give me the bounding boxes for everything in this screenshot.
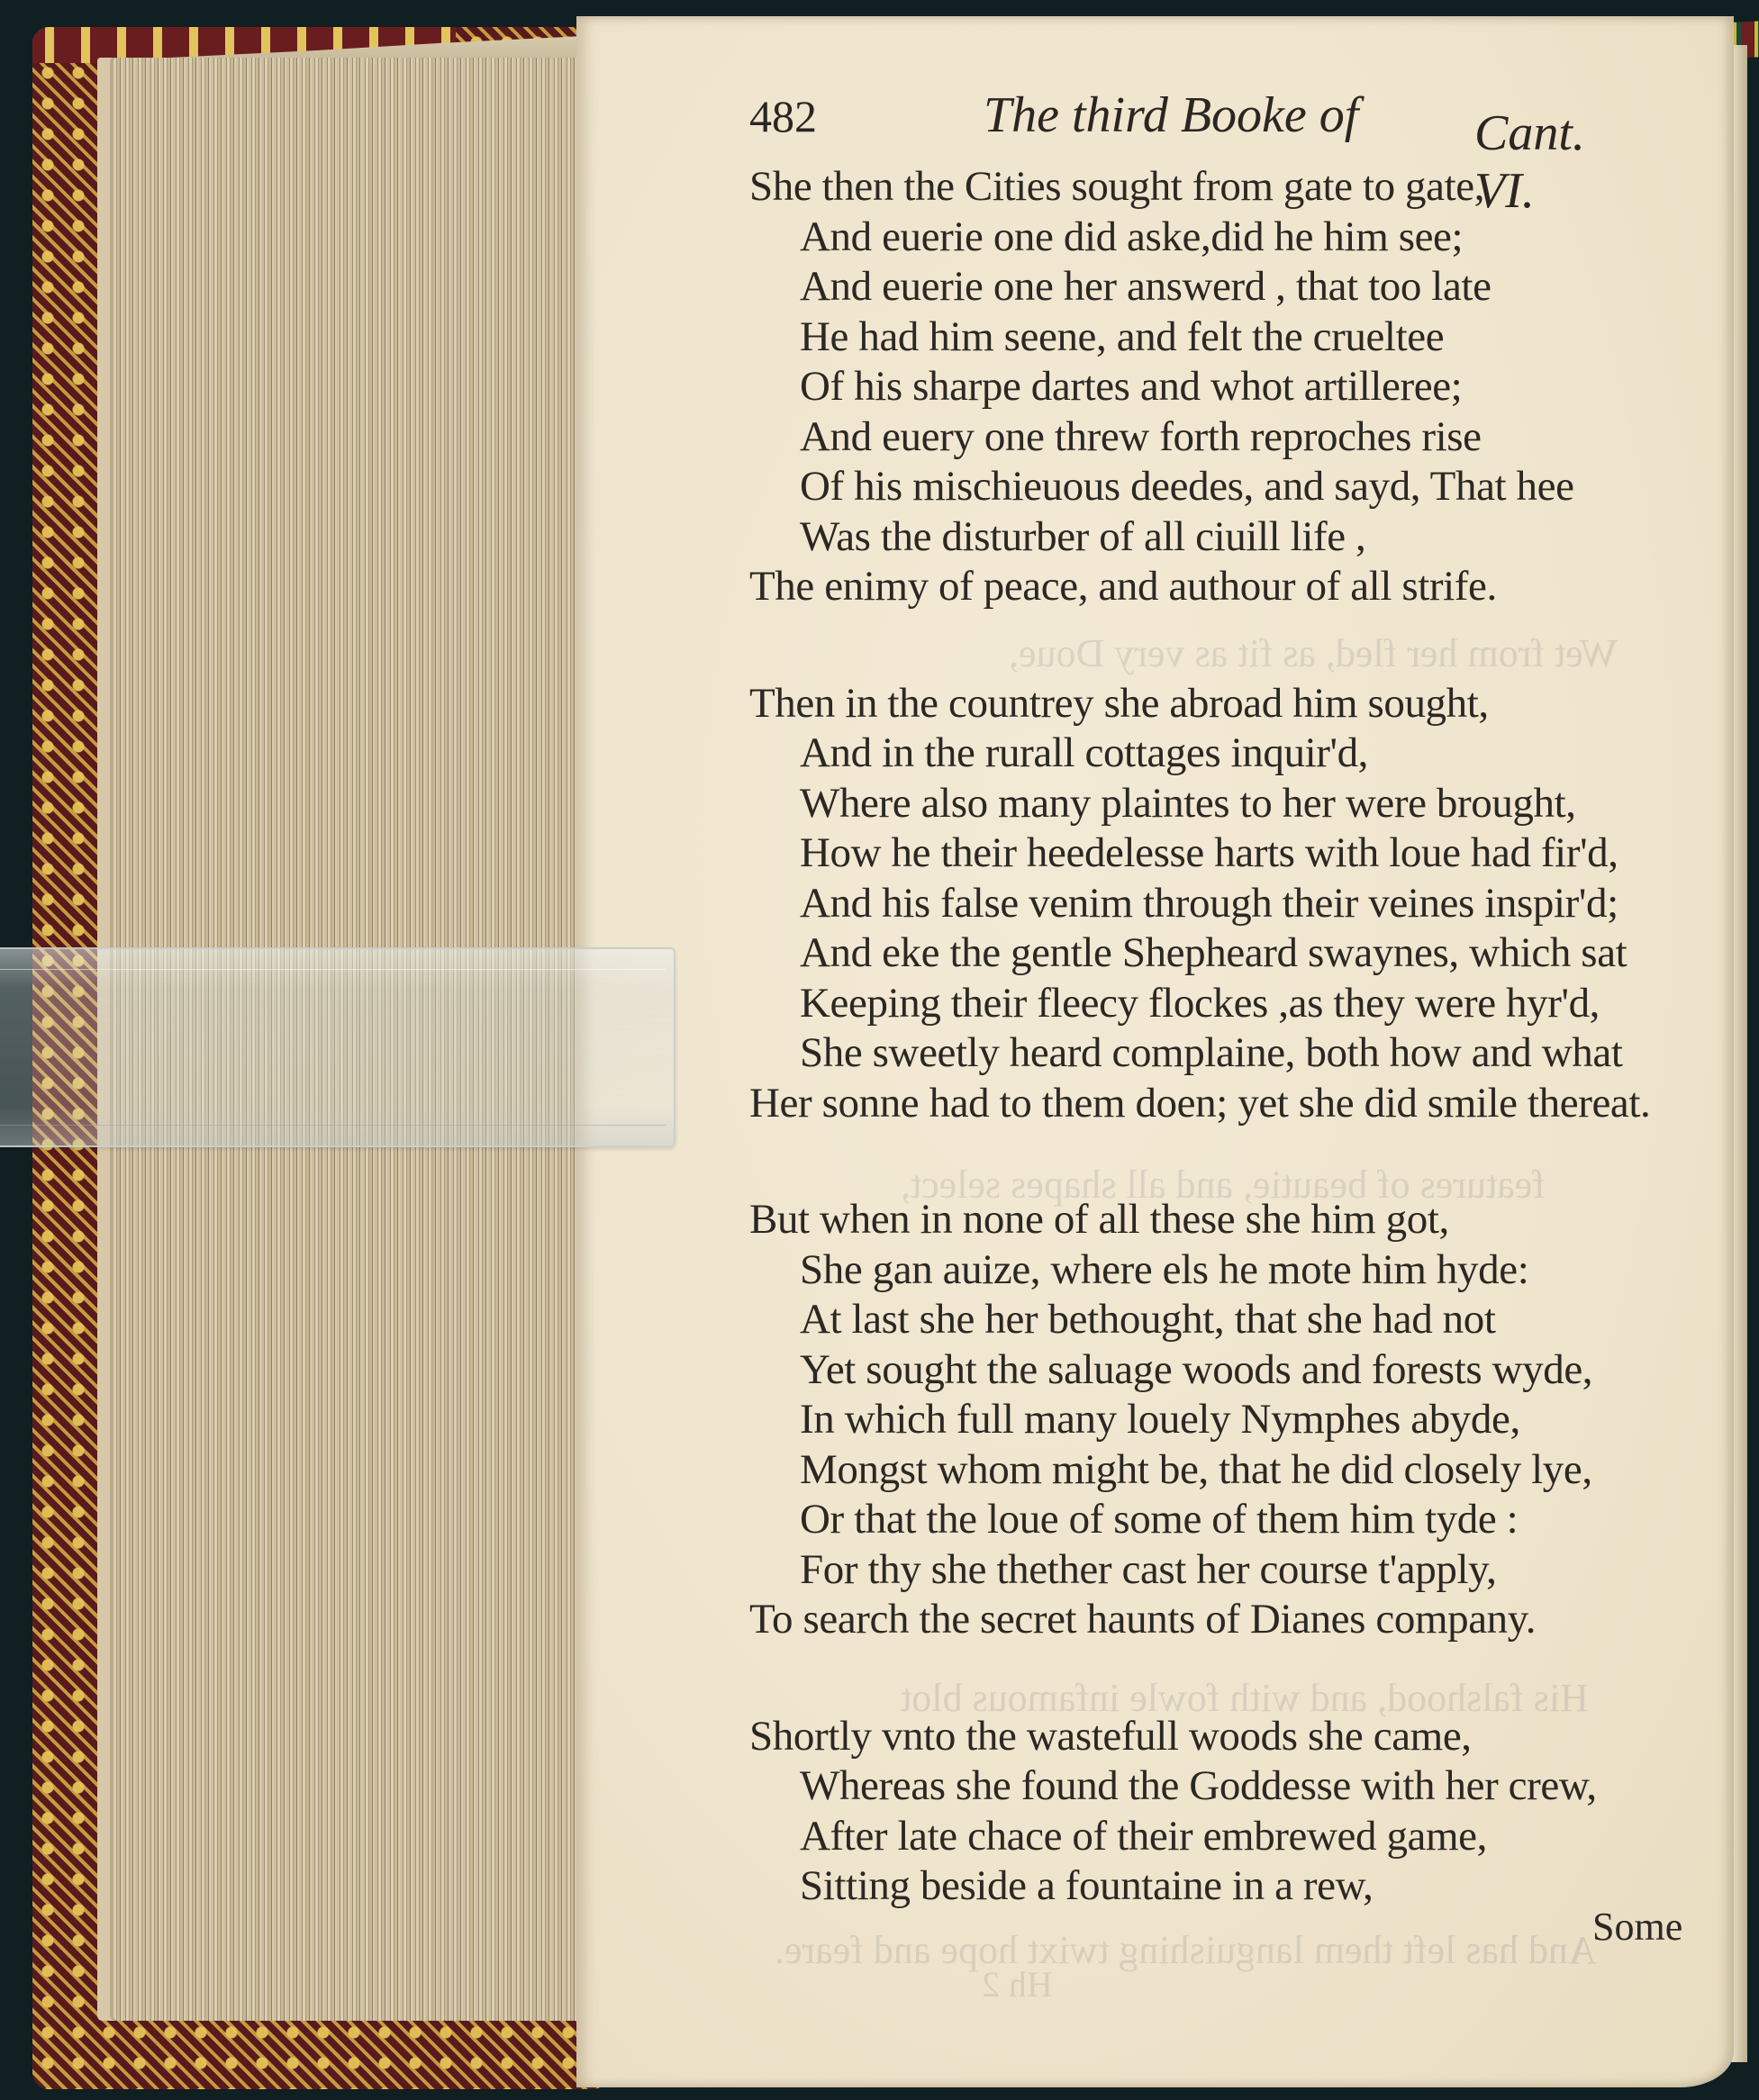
verse-line: Was the disturber of all ciuill life ,: [749, 512, 1722, 563]
verse-line: At last she her bethought, that she had …: [749, 1295, 1722, 1345]
verse-line: And eke the gentle Shepheard swaynes, wh…: [749, 928, 1722, 979]
verse-line: But when in none of all these she him go…: [749, 1195, 1722, 1245]
verse-line: She sweetly heard complaine, both how an…: [749, 1028, 1722, 1079]
signature-mark-show-through: Hh 2: [982, 1963, 1053, 2005]
verse-line: How he their heedelesse harts with loue …: [749, 828, 1722, 879]
verse-line: He had him seene, and felt the crueltee: [749, 312, 1722, 363]
verse-line: Where also many plaintes to her were bro…: [749, 779, 1722, 829]
verse-line: Of his mischieuous deedes, and sayd, Tha…: [749, 462, 1722, 512]
verse-line: Of his sharpe dartes and whot artilleree…: [749, 362, 1722, 412]
verse-line: And euerie one her answerd , that too la…: [749, 262, 1722, 312]
stanza-1: She then the Cities sought from gate to …: [749, 162, 1722, 612]
verse-line: Then in the countrey she abroad him soug…: [749, 679, 1722, 729]
verse-line: Sitting beside a fountaine in a rew,: [749, 1861, 1722, 1912]
catchword: Some: [1592, 1904, 1682, 1950]
verse-line: To search the secret haunts of Dianes co…: [749, 1595, 1722, 1645]
verse-line: And euery one threw forth reproches rise: [749, 412, 1722, 463]
page-number: 482: [749, 90, 817, 142]
verse-line: She gan auize, where els he mote him hyd…: [749, 1245, 1722, 1296]
stanza-3: But when in none of all these she him go…: [749, 1195, 1722, 1645]
verse-line: Keeping their fleecy flockes ,as they we…: [749, 979, 1722, 1029]
running-title: The third Booke of: [984, 86, 1358, 144]
verse-line: Her sonne had to them doen; yet she did …: [749, 1079, 1722, 1129]
verse-line: After late chace of their embrewed game,: [749, 1812, 1722, 1862]
verse-line: And in the rurall cottages inquir'd,: [749, 729, 1722, 779]
stanza-2: Then in the countrey she abroad him soug…: [749, 679, 1722, 1129]
poem-text: She then the Cities sought from gate to …: [749, 162, 1722, 1978]
strip-bevel: [0, 969, 666, 1126]
verse-line: Yet sought the saluage woods and forests…: [749, 1345, 1722, 1396]
verse-line: For thy she thether cast her course t'ap…: [749, 1545, 1722, 1596]
verse-line: Whereas she found the Goddesse with her …: [749, 1761, 1722, 1812]
running-head: 482 The third Booke of Cant. VI.: [749, 90, 1650, 153]
verse-line: And his false venim through their veines…: [749, 879, 1722, 929]
acrylic-page-holder-strip: [0, 947, 675, 1147]
verse-line: Or that the loue of some of them him tyd…: [749, 1495, 1722, 1545]
verse-line: Shortly vnto the wastefull woods she cam…: [749, 1712, 1722, 1762]
verse-line: She then the Cities sought from gate to …: [749, 162, 1722, 213]
verse-line: In which full many louely Nymphes abyde,: [749, 1395, 1722, 1445]
verse-line: And euerie one did aske,did he him see;: [749, 213, 1722, 263]
stanza-4: Shortly vnto the wastefull woods she cam…: [749, 1712, 1722, 1912]
verse-line: The enimy of peace, and authour of all s…: [749, 562, 1722, 612]
verse-line: Mongst whom might be, that he did closel…: [749, 1445, 1722, 1496]
